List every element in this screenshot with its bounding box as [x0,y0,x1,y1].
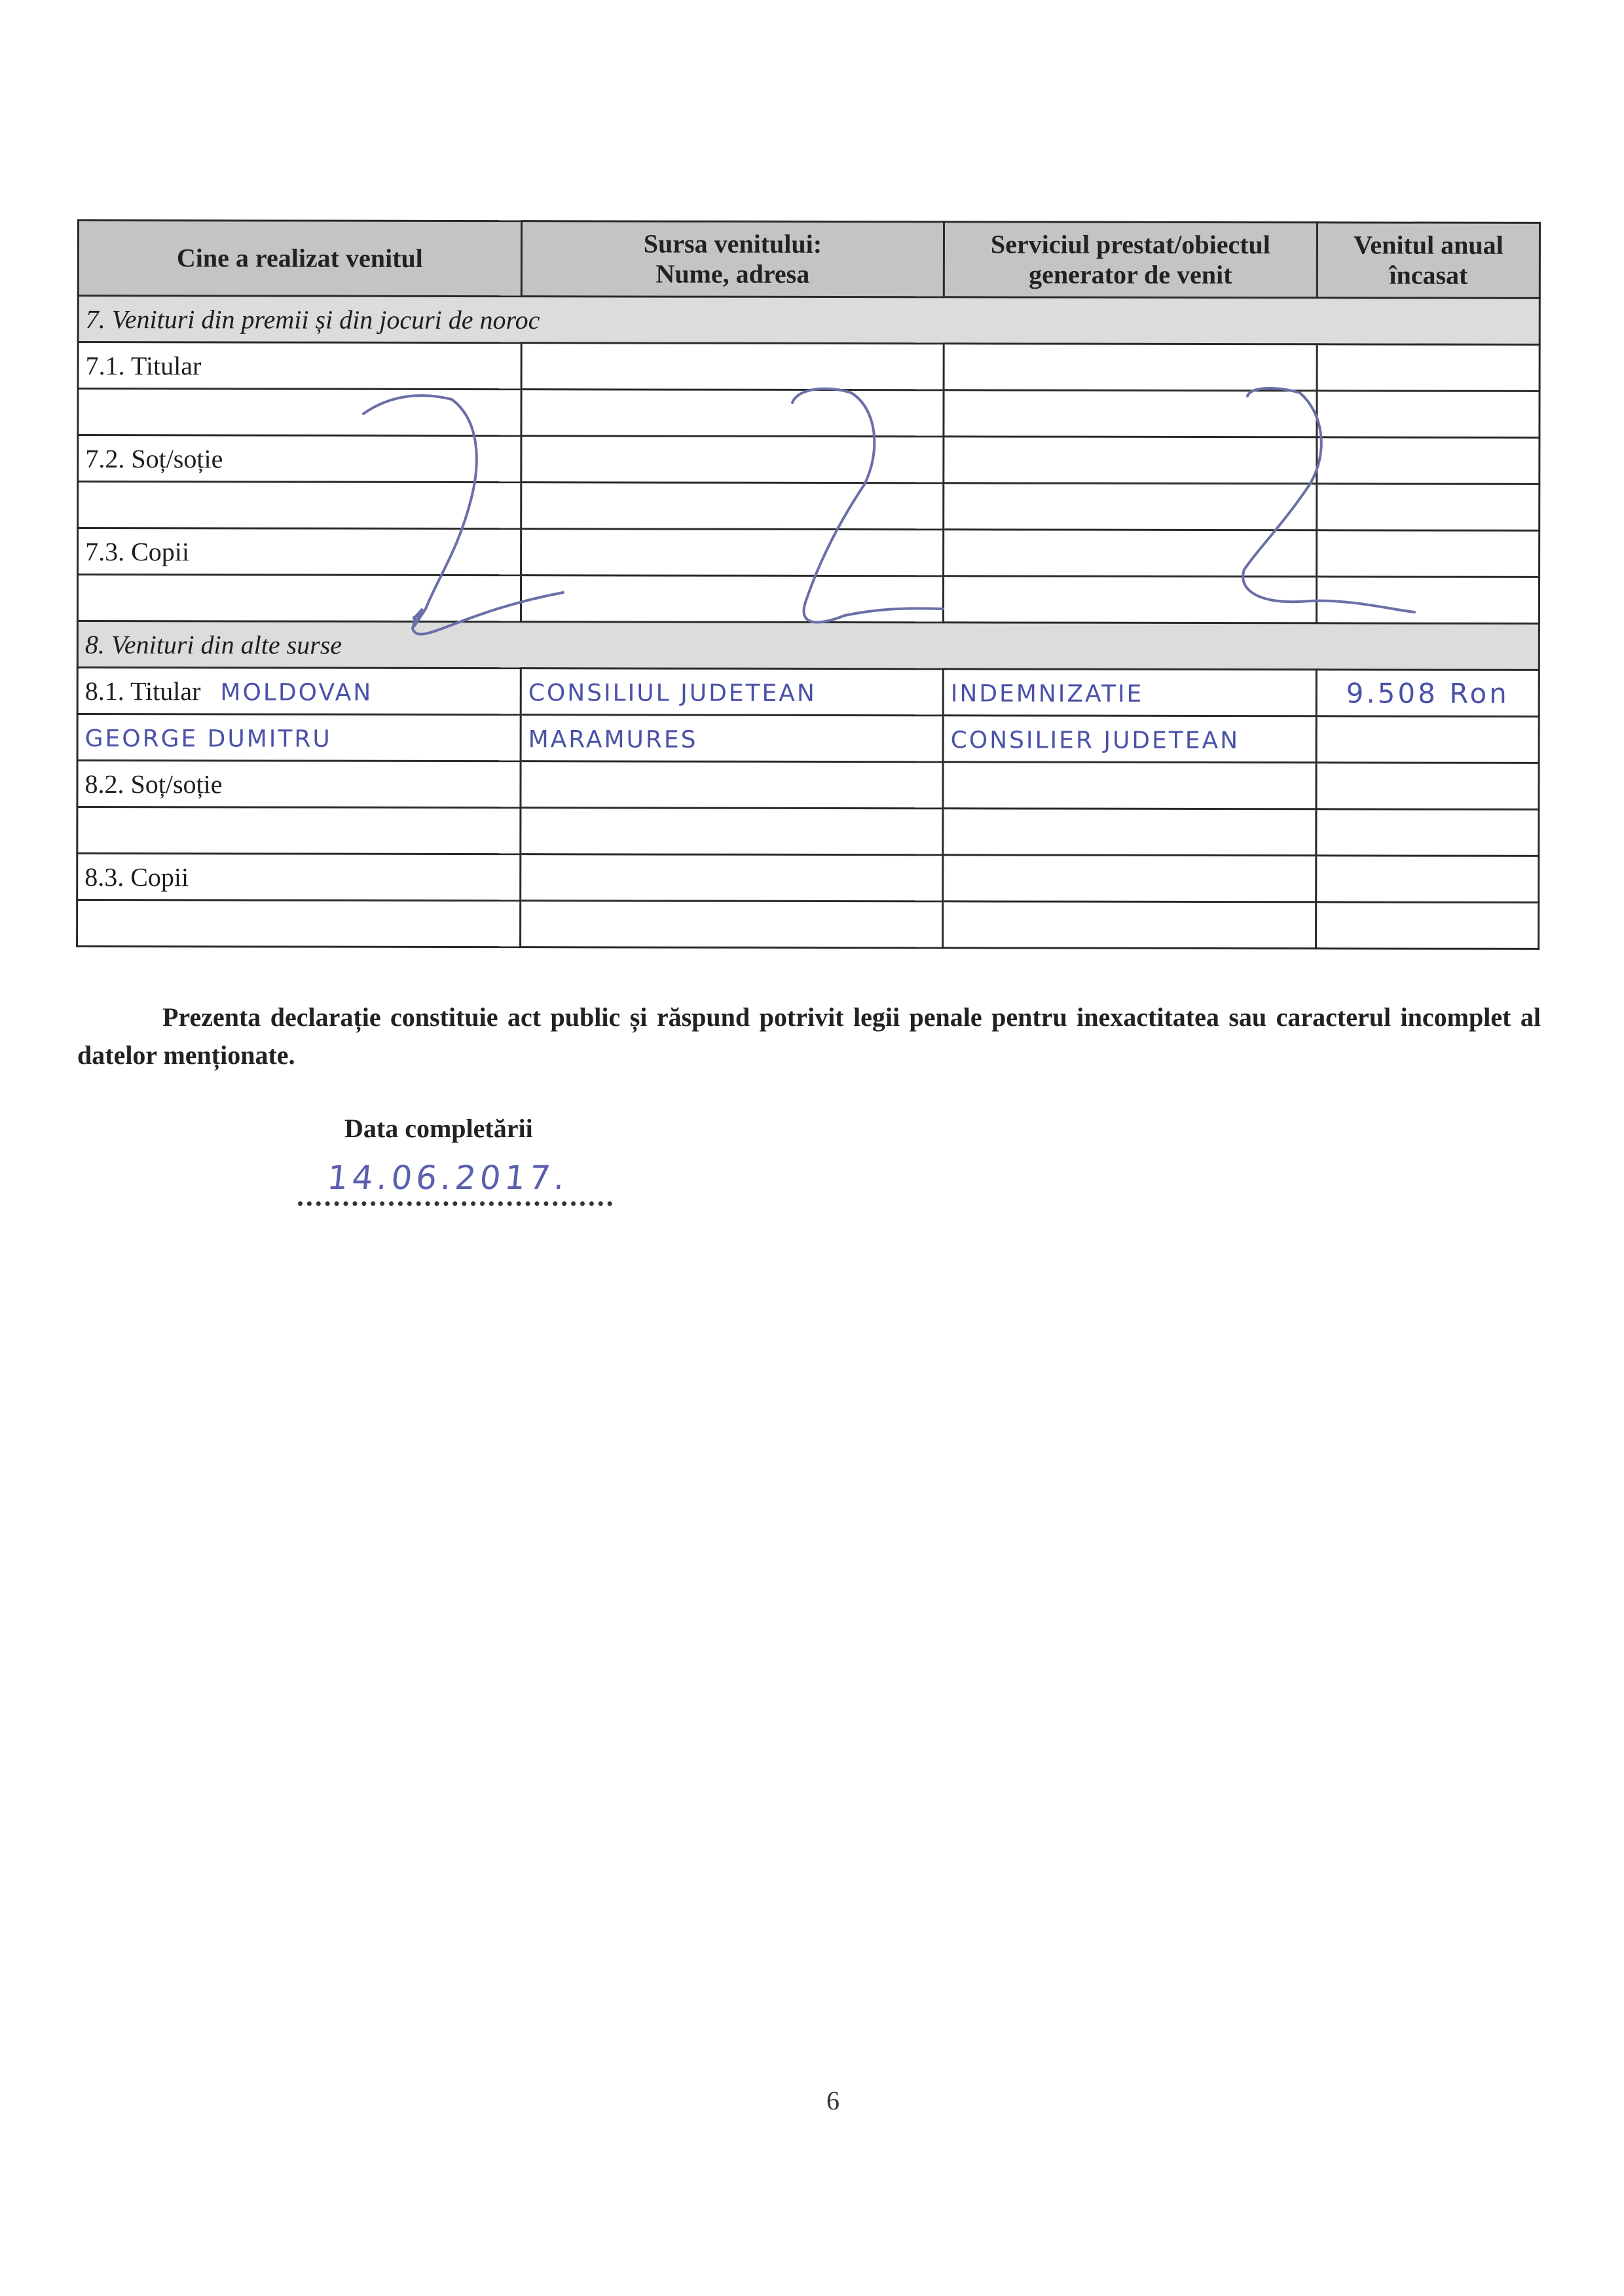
declaration-text: Prezenta declarație constituie act publi… [77,998,1541,1074]
date-dotted-line [298,1195,612,1206]
cell-amount [1317,484,1540,531]
header-line: generator de venit [951,259,1310,290]
table-row: 7.3. Copii [78,528,1540,577]
header-line: încasat [1325,260,1532,291]
cell-service-text: CONSILIER JUDETEAN [951,727,1240,754]
table-header-row: Cine a realizat venitul Sursa venitului:… [78,221,1540,299]
table-row [77,807,1539,856]
header-income-source: Sursa venitului: Nume, adresa [521,221,944,297]
cell-service: CONSILIER JUDETEAN [943,716,1316,763]
cell-who: 8.1. TitularMOLDOVAN [77,668,521,715]
cell-amount [1317,344,1540,392]
cell-amount [1317,391,1540,438]
income-table-container: Cine a realizat venitul Sursa venitului:… [76,219,1539,950]
handwritten-name: MOLDOVAN [220,679,373,706]
cell-who [78,389,521,436]
table-body: 7. Venituri din premii și din jocuri de … [77,296,1540,949]
cell-service [943,855,1316,902]
cell-amount [1316,856,1539,903]
cell-who: 8.3. Copii [77,854,521,901]
cell-service [944,530,1317,577]
cell-source [521,390,944,437]
cell-who [77,900,521,947]
cell-who [77,575,521,622]
cell-source: CONSILIUL JUDETEAN [521,668,943,716]
table-row [78,389,1540,438]
cell-service: INDEMNIZATIE [943,669,1316,716]
row-label: 7.1. Titular [86,351,202,380]
cell-who [78,482,521,529]
cell-source: MARAMURES [521,715,943,762]
row-label: 8.1. Titular [85,676,201,706]
cell-service [943,576,1316,623]
table-row: 7.1. Titular [78,342,1540,392]
cell-service [944,437,1317,484]
cell-source [521,436,944,483]
cell-source [521,483,944,530]
header-service: Serviciul prestat/obiectul generator de … [944,222,1317,298]
cell-amount: 9.508 Ron [1316,670,1539,717]
cell-service [944,390,1317,437]
cell-amount [1316,902,1539,949]
section-header-row: 8. Venituri din alte surse [77,621,1539,670]
row-label: 7.2. Soț/soție [85,444,223,473]
header-line: Sursa venitului: [529,228,936,259]
cell-source [521,808,943,855]
cell-who: 7.1. Titular [78,342,521,390]
cell-service-text: INDEMNIZATIE [951,680,1144,708]
header-line: Nume, adresa [529,259,936,289]
declaration-body: Prezenta declarație constituie act publi… [77,1002,1541,1070]
header-line: Venitul anual [1325,230,1532,261]
table-row [77,900,1539,949]
table-row [78,482,1540,531]
table-row: 7.2. Soț/soție [78,435,1540,484]
cell-amount-text: 9.508 Ron [1346,677,1509,709]
completion-date-value: 14.06.2017. [325,1159,570,1197]
cell-service [944,483,1317,530]
section-title: 8. Venituri din alte surse [77,621,1539,670]
cell-service [943,809,1316,856]
table-row: 8.1. TitularMOLDOVANCONSILIUL JUDETEANIN… [77,668,1539,717]
table-row: 8.3. Copii [77,854,1539,903]
cell-source-text: CONSILIUL JUDETEAN [528,680,817,707]
completion-date-label: Data completării [344,1113,533,1144]
handwritten-name: GEORGE DUMITRU [85,725,332,753]
table-row: GEORGE DUMITRUMARAMURESCONSILIER JUDETEA… [77,714,1539,763]
cell-source-text: MARAMURES [528,726,698,753]
header-who-earned: Cine a realizat venitul [78,221,521,297]
cell-source [521,854,943,902]
cell-source [521,901,943,948]
row-label: 7.3. Copii [85,537,189,566]
cell-source [521,343,944,390]
cell-source [521,575,943,623]
income-table: Cine a realizat venitul Sursa venitului:… [76,219,1541,950]
section-title: 7. Venituri din premii și din jocuri de … [78,296,1540,345]
cell-who: GEORGE DUMITRU [77,714,521,761]
cell-amount [1316,809,1539,856]
cell-amount [1316,716,1539,763]
page-number: 6 [826,2085,840,2116]
table-row: 8.2. Soț/soție [77,761,1539,810]
cell-source [521,529,944,576]
cell-amount [1316,763,1539,810]
cell-who: 7.2. Soț/soție [78,435,521,483]
cell-service [943,902,1316,949]
cell-source [521,761,943,809]
row-label: 8.3. Copii [84,862,189,892]
header-annual-income: Venitul anual încasat [1317,223,1540,299]
cell-who: 7.3. Copii [78,528,521,575]
cell-who: 8.2. Soț/soție [77,761,521,808]
row-label: 8.2. Soț/soție [84,769,222,799]
table-row [77,575,1539,624]
cell-amount [1316,577,1539,624]
cell-service [943,762,1316,809]
cell-who [77,807,521,854]
cell-amount [1317,437,1540,484]
cell-service [944,344,1317,391]
header-line: Serviciul prestat/obiectul [951,229,1310,260]
section-header-row: 7. Venituri din premii și din jocuri de … [78,296,1540,345]
cell-amount [1317,530,1540,577]
